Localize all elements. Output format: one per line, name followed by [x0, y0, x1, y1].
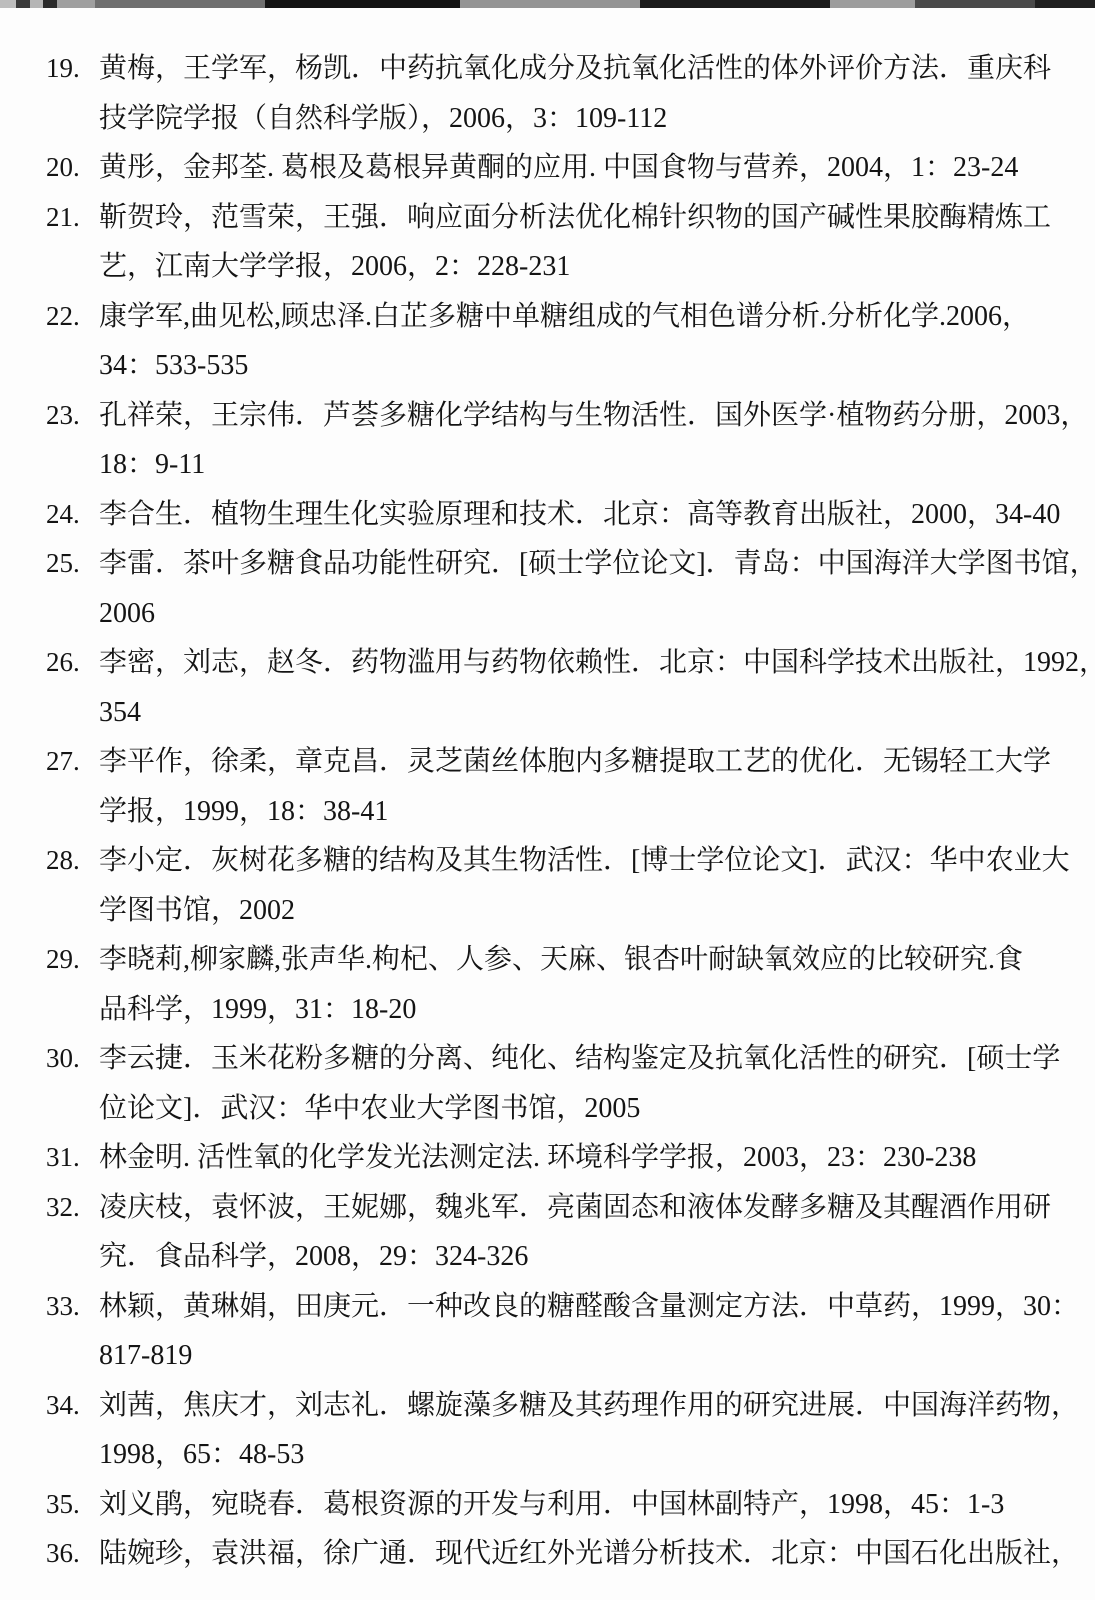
reference-continuation-line: 18：9-11 — [0, 440, 1095, 490]
reference-text: 李晓莉,柳家麟,张声华.枸杞、人参、天麻、银杏叶耐缺氧效应的比较研究.食 — [99, 944, 1023, 975]
reference-entry-line: 22.康学军,曲见松,顾忠泽.白芷多糖中单糖组成的气相色谱分析.分析化学.200… — [0, 292, 1095, 342]
reference-continuation-line: 技学院学报（自然科学版），2006，3：109-112 — [0, 94, 1095, 144]
reference-continuation-line: 品科学，1999，31：18-20 — [0, 985, 1095, 1035]
reference-number: 31. — [46, 1133, 99, 1183]
reference-continuation-line: 艺，江南大学学报，2006，2：228-231 — [0, 242, 1095, 292]
reference-entry-line: 25.李雷．茶叶多糖食品功能性研究．[硕士学位论文]．青岛：中国海洋大学图书馆， — [0, 539, 1095, 589]
reference-number: 26. — [46, 638, 99, 688]
reference-number: 24. — [46, 490, 99, 540]
reference-number: 21. — [46, 193, 99, 243]
reference-entry-line: 33.林颖，黄琳娟，田庚元．一种改良的糖醛酸含量测定方法．中草药，1999，30… — [0, 1282, 1095, 1332]
reference-continuation-line: 位论文]．武汉：华中农业大学图书馆，2005 — [0, 1084, 1095, 1134]
reference-number: 35. — [46, 1480, 99, 1530]
reference-entry-line: 35.刘义鹃，宛晓春．葛根资源的开发与利用．中国林副特产，1998，45：1-3 — [0, 1480, 1095, 1530]
reference-text: 刘义鹃，宛晓春．葛根资源的开发与利用．中国林副特产，1998，45：1-3 — [99, 1489, 1004, 1520]
reference-text: 李雷．茶叶多糖食品功能性研究．[硕士学位论文]．青岛：中国海洋大学图书馆， — [99, 548, 1095, 579]
reference-text: 李密，刘志，赵冬．药物滥用与药物依赖性．北京：中国科学技术出版社，1992， — [99, 647, 1095, 678]
reference-text: 孔祥荣，王宗伟．芦荟多糖化学结构与生物活性．国外医学·植物药分册，2003， — [99, 400, 1088, 431]
reference-number: 22. — [46, 292, 99, 342]
reference-number: 25. — [46, 539, 99, 589]
reference-number: 36. — [46, 1529, 99, 1579]
reference-text: 李小定．灰树花多糖的结构及其生物活性．[博士学位论文]．武汉：华中农业大 — [99, 845, 1070, 876]
reference-number: 20. — [46, 143, 99, 193]
reference-continuation-line: 学报，1999，18：38-41 — [0, 787, 1095, 837]
reference-entry-line: 23.孔祥荣，王宗伟．芦荟多糖化学结构与生物活性．国外医学·植物药分册，2003… — [0, 391, 1095, 441]
reference-text: 李云捷．玉米花粉多糖的分离、纯化、结构鉴定及抗氧化活性的研究．[硕士学 — [99, 1043, 1060, 1074]
reference-text: 刘茜，焦庆才，刘志礼．螺旋藻多糖及其药理作用的研究进展．中国海洋药物， — [99, 1390, 1079, 1421]
reference-entry-line: 29.李晓莉,柳家麟,张声华.枸杞、人参、天麻、银杏叶耐缺氧效应的比较研究.食 — [0, 935, 1095, 985]
scan-artifact-top — [0, 0, 1095, 8]
reference-continuation-line: 354 — [0, 688, 1095, 738]
reference-continuation-line: 817-819 — [0, 1331, 1095, 1381]
reference-text: 靳贺玲，范雪荣，王强．响应面分析法优化棉针织物的国产碱性果胶酶精炼工 — [99, 202, 1051, 233]
reference-entry-line: 32.凌庆枝，袁怀波，王妮娜，魏兆军．亮菌固态和液体发酵多糖及其醒酒作用研 — [0, 1183, 1095, 1233]
reference-number: 28. — [46, 836, 99, 886]
reference-continuation-line: 学图书馆，2002 — [0, 886, 1095, 936]
reference-text: 林金明. 活性氧的化学发光法测定法. 环境科学学报，2003，23：230-23… — [99, 1142, 976, 1173]
reference-number: 27. — [46, 737, 99, 787]
reference-entry-line: 21.靳贺玲，范雪荣，王强．响应面分析法优化棉针织物的国产碱性果胶酶精炼工 — [0, 193, 1095, 243]
reference-entry-line: 20.黄彤，金邦荃. 葛根及葛根异黄酮的应用. 中国食物与营养，2004，1：2… — [0, 143, 1095, 193]
reference-continuation-line: 1998，65：48-53 — [0, 1430, 1095, 1480]
reference-entry-line: 34.刘茜，焦庆才，刘志礼．螺旋藻多糖及其药理作用的研究进展．中国海洋药物， — [0, 1381, 1095, 1431]
reference-entry-line: 24.李合生．植物生理生化实验原理和技术．北京：高等教育出版社，2000，34-… — [0, 490, 1095, 540]
reference-entry-line: 26.李密，刘志，赵冬．药物滥用与药物依赖性．北京：中国科学技术出版社，1992… — [0, 638, 1095, 688]
reference-number: 34. — [46, 1381, 99, 1431]
reference-entry-line: 31.林金明. 活性氧的化学发光法测定法. 环境科学学报，2003，23：230… — [0, 1133, 1095, 1183]
reference-text: 康学军,曲见松,顾忠泽.白芷多糖中单糖组成的气相色谱分析.分析化学.2006， — [99, 301, 1030, 332]
reference-number: 23. — [46, 391, 99, 441]
reference-continuation-line: 34：533-535 — [0, 341, 1095, 391]
reference-number: 30. — [46, 1034, 99, 1084]
reference-text: 陆婉珍，袁洪福，徐广通．现代近红外光谱分析技术．北京：中国石化出版社， — [99, 1538, 1079, 1569]
reference-entry-line: 19.黄梅，王学军，杨凯．中药抗氧化成分及抗氧化活性的体外评价方法．重庆科 — [0, 44, 1095, 94]
reference-text: 林颖，黄琳娟，田庚元．一种改良的糖醛酸含量测定方法．中草药，1999，30： — [99, 1291, 1079, 1322]
reference-text: 凌庆枝，袁怀波，王妮娜，魏兆军．亮菌固态和液体发酵多糖及其醒酒作用研 — [99, 1192, 1051, 1223]
reference-list: 19.黄梅，王学军，杨凯．中药抗氧化成分及抗氧化活性的体外评价方法．重庆科技学院… — [0, 44, 1095, 1579]
reference-number: 19. — [46, 44, 99, 94]
reference-text: 黄彤，金邦荃. 葛根及葛根异黄酮的应用. 中国食物与营养，2004，1：23-2… — [99, 152, 1018, 183]
reference-number: 33. — [46, 1282, 99, 1332]
page: 19.黄梅，王学军，杨凯．中药抗氧化成分及抗氧化活性的体外评价方法．重庆科技学院… — [0, 0, 1095, 1600]
reference-continuation-line: 究．食品科学，2008，29：324-326 — [0, 1232, 1095, 1282]
reference-text: 李合生．植物生理生化实验原理和技术．北京：高等教育出版社，2000，34-40 — [99, 499, 1060, 530]
reference-entry-line: 30.李云捷．玉米花粉多糖的分离、纯化、结构鉴定及抗氧化活性的研究．[硕士学 — [0, 1034, 1095, 1084]
reference-text: 李平作，徐柔，章克昌．灵芝菌丝体胞内多糖提取工艺的优化．无锡轻工大学 — [99, 746, 1051, 777]
reference-entry-line: 36.陆婉珍，袁洪福，徐广通．现代近红外光谱分析技术．北京：中国石化出版社， — [0, 1529, 1095, 1579]
reference-entry-line: 28.李小定．灰树花多糖的结构及其生物活性．[博士学位论文]．武汉：华中农业大 — [0, 836, 1095, 886]
reference-entry-line: 27.李平作，徐柔，章克昌．灵芝菌丝体胞内多糖提取工艺的优化．无锡轻工大学 — [0, 737, 1095, 787]
reference-continuation-line: 2006 — [0, 589, 1095, 639]
reference-number: 32. — [46, 1183, 99, 1233]
reference-number: 29. — [46, 935, 99, 985]
reference-text: 黄梅，王学军，杨凯．中药抗氧化成分及抗氧化活性的体外评价方法．重庆科 — [99, 53, 1051, 84]
